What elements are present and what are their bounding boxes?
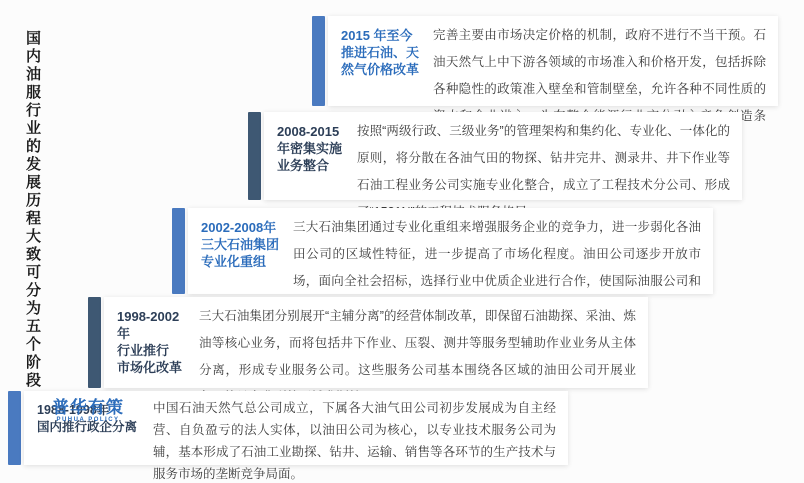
period-label: 1988-1998年 国内推行政企分离 [37, 397, 141, 459]
timeline-row-2002-2008: 2002-2008年 三大石油集团 专业化重组 三大石油集团通过专业化重组来增强… [172, 208, 713, 294]
timeline-row-1988-1998: 1988-1998年 国内推行政企分离 中国石油天然气总公司成立，下属各大油气田… [8, 391, 568, 465]
timeline-card: 1988-1998年 国内推行政企分离 中国石油天然气总公司成立，下属各大油气田… [24, 391, 568, 465]
accent-bar [248, 112, 261, 200]
accent-bar [312, 16, 325, 106]
timeline-card: 2008-2015 年密集实施 业务整合 按照“两级行政、三级业务”的管理架构和… [264, 112, 742, 200]
timeline-card: 2002-2008年 三大石油集团 专业化重组 三大石油集团通过专业化重组来增强… [188, 208, 713, 294]
timeline-row-2015: 2015 年至今 推进石油、天 然气价格改革 完善主要由市场决定价格的机制，政府… [312, 16, 778, 106]
accent-bar [8, 391, 21, 465]
period-label: 2008-2015 年密集实施 业务整合 [277, 118, 345, 194]
timeline-card: 2015 年至今 推进石油、天 然气价格改革 完善主要由市场决定价格的机制，政府… [328, 16, 778, 106]
timeline-card: 1998-2002年 行业推行 市场化改革 三大石油集团分别展开“主辅分离”的经… [104, 297, 648, 388]
period-description: 中国石油天然气总公司成立，下属各大油气田公司初步发展成为自主经营、自负盈亏的法人… [141, 397, 556, 459]
period-description: 按照“两级行政、三级业务”的管理架构和集约化、专业化、一体化的原则，将分散在各油… [345, 118, 730, 194]
timeline-row-1998-2002: 1998-2002年 行业推行 市场化改革 三大石油集团分别展开“主辅分离”的经… [88, 297, 648, 388]
vertical-title: 国内油服行业的发展历程大致可分为五个阶段 [22, 30, 43, 398]
period-description: 完善主要由市场决定价格的机制，政府不进行不当干预。石油天然气上中下游各领域的市场… [421, 22, 766, 100]
accent-bar [172, 208, 185, 294]
period-description: 三大石油集团通过专业化重组来增强服务企业的竞争力，进一步弱化各油田公司的区域性特… [281, 214, 701, 288]
period-description: 三大石油集团分别展开“主辅分离”的经营体制改革，即保留石油勘探、采油、炼油等核心… [187, 303, 636, 382]
timeline-row-2008-2015: 2008-2015 年密集实施 业务整合 按照“两级行政、三级业务”的管理架构和… [248, 112, 742, 200]
period-label: 1998-2002年 行业推行 市场化改革 [117, 303, 187, 382]
accent-bar [88, 297, 101, 388]
period-label: 2015 年至今 推进石油、天 然气价格改革 [341, 22, 421, 100]
period-label: 2002-2008年 三大石油集团 专业化重组 [201, 214, 281, 288]
